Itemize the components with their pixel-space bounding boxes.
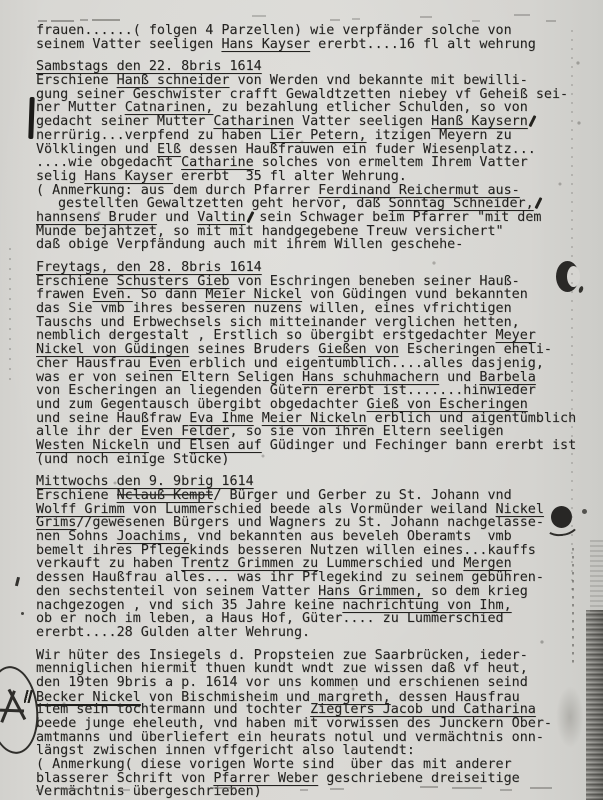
- dash-remnant: [60, 788, 80, 790]
- dash-remnant: [452, 787, 482, 789]
- text-line: Becker Nickel von Bischmisheim und margr…: [36, 690, 592, 704]
- dash-remnant: [51, 20, 74, 22]
- text-line: bemelt ihres Pflegekinds besseren Nutzen…: [36, 544, 592, 558]
- dash-remnant: [472, 20, 480, 22]
- text-line: und zum Gegentausch übergibt obgedachter…: [36, 398, 592, 412]
- text-line: ( Anmerkung( diese vorigen Worte sind üb…: [36, 758, 592, 772]
- text-line: verkauft zu haben Trentz Grimmen zu Lumm…: [36, 557, 592, 571]
- text-line: daß obige Verpfändung auch mit ihrem Wil…: [36, 238, 592, 252]
- ink-blob-icon: [556, 261, 579, 292]
- text-line: den 19ten 9bris a p. 1614 vor uns kommen…: [36, 676, 592, 690]
- text-line: Wolff Grimm von Lummerschied beede als V…: [36, 503, 592, 517]
- scribble-stroke: [8, 689, 26, 720]
- text-line: Völklingen und Elß dessen Haußfrauwen ei…: [36, 143, 592, 157]
- text-line: item sein tochtermann und tochter Ziegle…: [36, 703, 592, 717]
- text-line: nerrürig...verpfend zu haben Lier Petern…: [36, 129, 592, 143]
- text-line: was er von seinen Eltern Seligen Hans sc…: [36, 371, 592, 385]
- text-segment: ererbt....28 Gulden alter Wehrung.: [36, 625, 310, 640]
- text-line: nachgezogen , vnd sich 35 Jahre keine na…: [36, 599, 592, 613]
- document-text: frauen......( folgen 4 Parzellen) wie ve…: [36, 24, 592, 799]
- entry-3-body: Erschiene Nclauß Kempt/ Bürger und Gerbe…: [36, 489, 592, 640]
- text-line: cher Hausfrau Even erblich und eigentumb…: [36, 357, 592, 371]
- dash-remnant: [500, 789, 512, 791]
- ink-blob-icon: [551, 506, 572, 528]
- dash-remnant: [300, 789, 308, 791]
- text-line: menniglichen hiermit thuen kundt wndt zu…: [36, 662, 592, 676]
- text-line: Grims//gewesenen Bürgers und Wagners zu …: [36, 516, 592, 530]
- entry-0-fragment: frauen......( folgen 4 Parzellen) wie ve…: [36, 24, 592, 51]
- text-line: Vermächtnis übergeschrieben): [36, 785, 592, 799]
- dash-remnant: [420, 16, 432, 18]
- entry-1-body: Erschiene Hanß schneider von Werden vnd …: [36, 74, 592, 252]
- text-line: längst zwischen innen vffgericht also la…: [36, 744, 592, 758]
- text-line: Tauschs und Erbwechsels sich mitteinande…: [36, 316, 592, 330]
- text-line: Freytags, den 28. 8bris 1614: [36, 261, 592, 275]
- text-line: ....wie obgedacht Catharine solches von …: [36, 156, 592, 170]
- entry-3-heading: Mittwochs den 9. 9brig 1614: [36, 475, 592, 489]
- text-line: von Escheringen an liegenden Gütern erer…: [36, 384, 592, 398]
- text-line: seinem Vatter seeligen Hans Kayser ererb…: [36, 38, 592, 52]
- entry-4-body: Wir hüter des Insiegels d. Propsteien zu…: [36, 649, 592, 800]
- text-line: Nickel von Güdingen seines Bruders Gieße…: [36, 343, 592, 357]
- text-line: alle ihr der Even Felder, so sie von ihr…: [36, 425, 592, 439]
- text-line: blasserer Schrift von Pfarrer Weber gesc…: [36, 772, 592, 786]
- scanned-page: frauen......( folgen 4 Parzellen) wie ve…: [0, 0, 603, 800]
- text-line: Wir hüter des Insiegels d. Propsteien zu…: [36, 649, 592, 663]
- text-segment: (und noch einige Stücke): [36, 452, 229, 467]
- text-line: ner Mutter Catnarinen, zu bezahlung etli…: [36, 101, 592, 115]
- dash-remnant: [530, 787, 552, 789]
- dash-remnant: [210, 787, 236, 789]
- text-line: nen Sohns Joachims, vnd bekannten aus be…: [36, 530, 592, 544]
- dash-remnant: [546, 20, 556, 22]
- text-line: amtmanns und überliefert ein heurats not…: [36, 731, 592, 745]
- text-line: ererbt....28 Gulden alter Wehrung.: [36, 626, 592, 640]
- text-segment: den 19ten 9bris a p. 1614 vor uns kommen…: [36, 675, 528, 690]
- dash-remnant: [420, 786, 438, 788]
- dash-remnant: [150, 789, 158, 791]
- underlined-text: Hans Kayser: [221, 37, 310, 52]
- text-line: selig Hans Kayser ererbt 35 fl alter Weh…: [36, 170, 592, 184]
- pen-vertical-bar-icon: [28, 97, 34, 139]
- dash-remnant: [252, 15, 266, 17]
- text-line: frawen Even. So dann Meier Nickel von Gü…: [36, 288, 592, 302]
- text-line: Sambstags den 22. 8bris 1614: [36, 60, 592, 74]
- text-line: ( Anmerkung: aus dem durch Pfarrer Ferdi…: [36, 184, 592, 198]
- dash-remnant: [514, 14, 530, 16]
- pen-tick-icon: [534, 197, 542, 209]
- text-line: nemblich dergestalt , Erstlich so übergi…: [36, 329, 592, 343]
- text-line: ob er noch im leben, a Haus Hof, Güter..…: [36, 612, 592, 626]
- right-edge-scan-band: [590, 540, 603, 612]
- entry-2-heading: Freytags, den 28. 8bris 1614: [36, 261, 592, 275]
- fold-crease-line: [571, 30, 573, 590]
- pen-tick-icon: [15, 577, 20, 586]
- text-line: Erschiene Hanß schneider von Werden vnd …: [36, 74, 592, 88]
- text-line: das Sie vmb ihres besseren nuzens willen…: [36, 302, 592, 316]
- fold-crease-line: [572, 548, 574, 663]
- dash-remnant: [80, 19, 88, 21]
- text-line: dessen Haußfrau alles... was ihr Pflegek…: [36, 571, 592, 585]
- text-segment: daß obige Verpfändung auch mit ihrem Wil…: [36, 237, 463, 252]
- text-line: hannsens Bruder und Valtin sein Schwager…: [36, 211, 592, 225]
- entry-1-heading: Sambstags den 22. 8bris 1614: [36, 60, 592, 74]
- text-segment: ererbt....16 fl alt wehrung: [310, 37, 536, 52]
- dash-remnant: [330, 788, 344, 790]
- dash-remnant: [92, 19, 120, 21]
- text-line: Erschiene Schusters Gieb von Eschringen …: [36, 275, 592, 289]
- dash-remnant: [352, 18, 360, 20]
- paper-speckles: [0, 0, 2, 2]
- pen-tick-icon: [528, 115, 536, 127]
- dash-remnant: [330, 19, 340, 21]
- text-segment: seinem Vatter seeligen: [36, 37, 221, 52]
- text-line: Westen Nickeln und Elsen auf Güdinger un…: [36, 439, 592, 453]
- text-line: gedacht seiner Mutter Catharinen Vatter …: [36, 115, 592, 129]
- text-segment: geschriebene dreiseitige: [318, 771, 520, 786]
- text-line: Munde bejahtzet, so mit mit handgegebene…: [36, 225, 592, 239]
- text-line: (und noch einige Stücke): [36, 453, 592, 467]
- text-line: gestellten Gewaltzetten geht hervor, daß…: [36, 197, 592, 211]
- text-line: Mittwochs den 9. 9brig 1614: [36, 475, 592, 489]
- left-dotted-line: [9, 248, 11, 383]
- text-line: Erschiene Nclauß Kempt/ Bürger und Gerbe…: [36, 489, 592, 503]
- right-edge-scan-band: [586, 610, 603, 800]
- dash-remnant: [120, 789, 130, 791]
- entry-2-body: Erschiene Schusters Gieb von Eschringen …: [36, 275, 592, 467]
- text-line: gung seiner Geschwister crafft Gewaldtze…: [36, 88, 592, 102]
- dash-remnant: [36, 789, 42, 791]
- text-line: beede junge eheleuth, vnd haben mit vorw…: [36, 717, 592, 731]
- text-segment: Güdinger und Fechinger bann ererbt ist: [262, 438, 576, 453]
- pen-dot-icon: [21, 612, 24, 615]
- text-line: frauen......( folgen 4 Parzellen) wie ve…: [36, 24, 592, 38]
- text-line: und seine Haußfraw Eva Ihme Meier Nickel…: [36, 412, 592, 426]
- scan-smudge: [556, 686, 584, 748]
- text-line: den sechstenteil von seinem Vatter Hans …: [36, 585, 592, 599]
- dash-remnant: [38, 20, 47, 22]
